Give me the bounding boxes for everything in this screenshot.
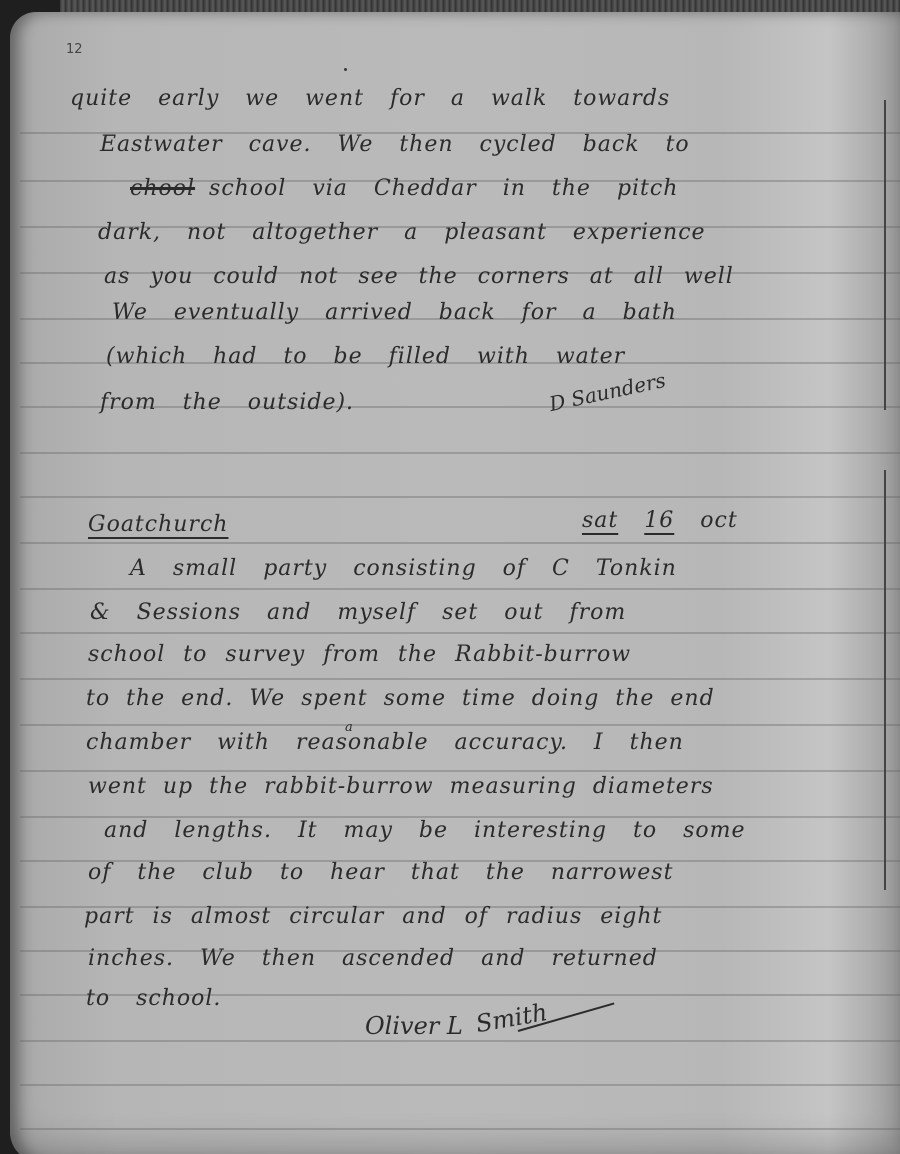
struck-word: chool	[130, 176, 195, 201]
ruled-line	[20, 1040, 900, 1042]
page-edge-line	[884, 470, 886, 890]
entry2-line: school to survey from the Rabbit-burrow	[88, 642, 631, 667]
date-number: 16	[644, 508, 674, 533]
date-day: sat	[582, 508, 618, 533]
entry2-line: & Sessions and myself set out from	[90, 600, 626, 625]
ruled-line	[20, 496, 900, 498]
entry2-line: part is almost circular and of radius ei…	[84, 904, 662, 929]
date-month: oct	[700, 508, 737, 533]
ruled-line	[20, 1084, 900, 1086]
page-edge-line	[884, 100, 886, 410]
signature-first-name: Oliver L	[365, 1012, 463, 1040]
entry2-line: chamber with reasonable accuracy. I then	[86, 730, 684, 755]
signature-smith: Oliver LSmith	[365, 1012, 549, 1040]
entry2-line: to school.	[86, 986, 221, 1011]
entry1-line: quite early we went for a walk towards	[70, 86, 670, 111]
entry2-line: of the club to hear that the narrowest	[88, 860, 673, 885]
ruled-line	[20, 724, 900, 726]
ruled-line	[20, 1128, 900, 1130]
entry2-date: sat16oct	[582, 508, 738, 533]
entry2-line: and lengths. It may be interesting to so…	[104, 818, 745, 843]
notebook-photo: 12 quite early we went for a walk toward…	[0, 0, 900, 1154]
entry1-line-text: school via Cheddar in the pitch	[209, 176, 678, 201]
entry1-line: as you could not see the corners at all …	[104, 264, 734, 289]
ruled-line	[20, 588, 900, 590]
entry1-line: Eastwater cave. We then cycled back to	[100, 132, 690, 157]
entry2-line: inches. We then ascended and returned	[88, 946, 658, 971]
entry1-line: from the outside).	[100, 390, 354, 415]
ink-dot	[344, 68, 347, 71]
entry1-line: dark, not altogether a pleasant experien…	[98, 220, 706, 245]
ruled-line	[20, 678, 900, 680]
ruled-line	[20, 542, 900, 544]
entry2-line: A small party consisting of C Tonkin	[130, 556, 677, 581]
entry1-line: choolschool via Cheddar in the pitch	[130, 176, 678, 201]
page-number: 12	[66, 42, 83, 57]
ruled-line	[20, 770, 900, 772]
ruled-line	[20, 632, 900, 634]
entry1-line: (which had to be filled with water	[106, 344, 625, 369]
entry2-line: went up the rabbit-burrow measuring diam…	[88, 774, 714, 799]
entry2-title: Goatchurch	[88, 512, 228, 537]
ruled-line	[20, 452, 900, 454]
entry2-line: to the end. We spent some time doing the…	[86, 686, 715, 711]
entry1-line: We eventually arrived back for a bath	[112, 300, 677, 325]
